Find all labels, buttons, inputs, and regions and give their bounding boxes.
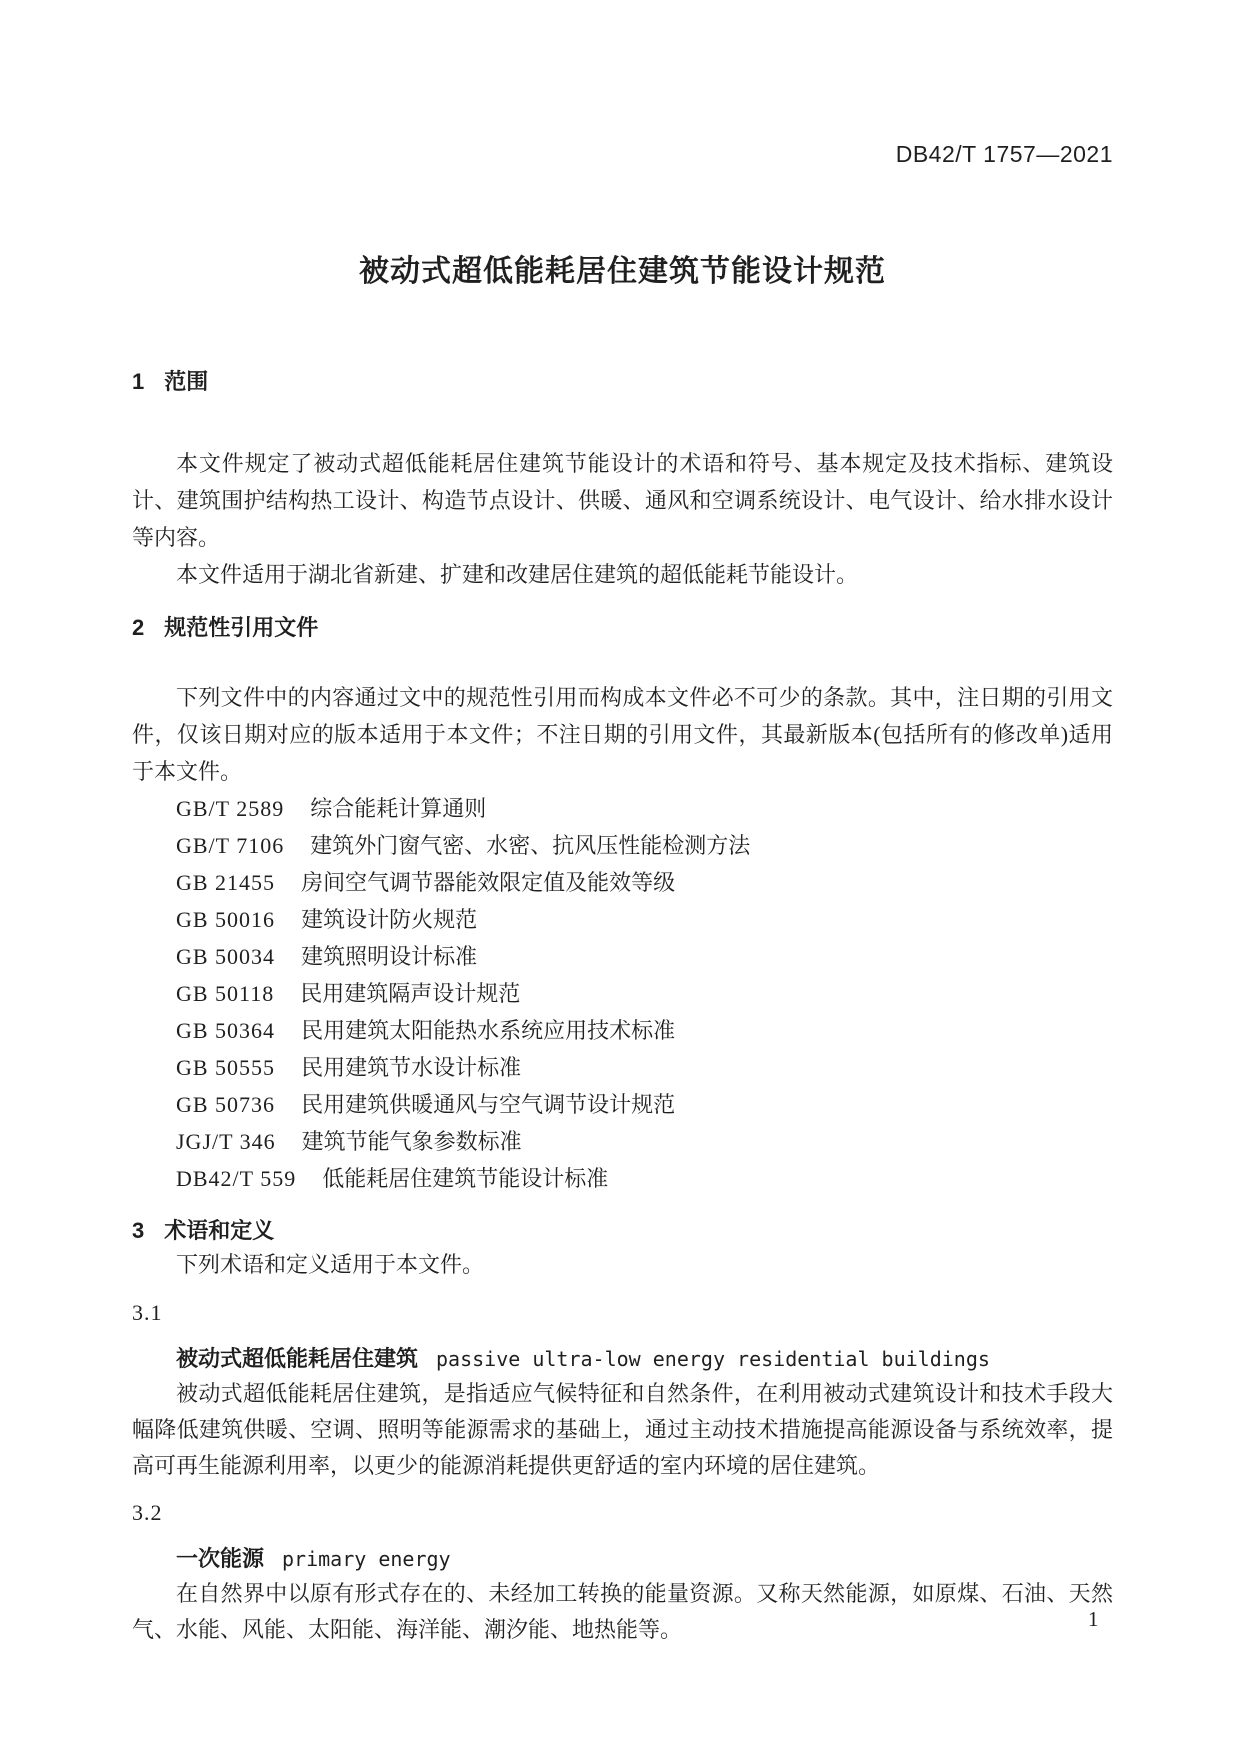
section-2-paragraph: 下列文件中的内容通过文中的规范性引用而构成本文件必不可少的条款。其中，注日期的引… (132, 679, 1113, 790)
reference-title: 民用建筑隔声设计规范 (300, 981, 520, 1006)
reference-code: JGJ/T 346 (176, 1123, 276, 1160)
section-3-intro: 下列术语和定义适用于本文件。 (132, 1246, 1113, 1283)
reference-title: 建筑设计防火规范 (301, 907, 477, 932)
section-1-heading: 1范围 (132, 367, 1113, 397)
term-chinese: 一次能源 (176, 1546, 264, 1571)
reference-title: 综合能耗计算通则 (310, 796, 486, 821)
reference-title: 建筑节能气象参数标准 (302, 1129, 522, 1154)
reference-item: GB/T 7106建筑外门窗气密、水密、抗风压性能检测方法 (132, 827, 1113, 864)
reference-code: GB 50736 (176, 1086, 275, 1123)
reference-item: GB 50736民用建筑供暖通风与空气调节设计规范 (132, 1086, 1113, 1123)
term-chinese: 被动式超低能耗居住建筑 (176, 1346, 418, 1371)
section-3-number: 3 (132, 1216, 144, 1246)
section-3-heading: 3术语和定义 (132, 1216, 1113, 1246)
reference-title: 低能耗居住建筑节能设计标准 (322, 1166, 608, 1191)
doc-number: DB42/T 1757—2021 (132, 0, 1113, 167)
section-3-title: 术语和定义 (164, 1218, 274, 1243)
reference-code: GB 21455 (176, 864, 275, 901)
section-1-number: 1 (132, 367, 144, 397)
reference-code: GB/T 7106 (176, 827, 284, 864)
clause-number-3-2: 3.2 (132, 1498, 1113, 1528)
section-1-title: 范围 (164, 369, 208, 394)
reference-title: 建筑外门窗气密、水密、抗风压性能检测方法 (310, 833, 750, 858)
section-1-body: 本文件规定了被动式超低能耗居住建筑节能设计的术语和符号、基本规定及技术指标、建筑… (132, 445, 1113, 593)
reference-code: GB/T 2589 (176, 790, 284, 827)
page-title: 被动式超低能耗居住建筑节能设计规范 (132, 247, 1113, 297)
reference-code: GB 50016 (176, 901, 275, 938)
reference-title: 民用建筑太阳能热水系统应用技术标准 (301, 1018, 675, 1043)
reference-title: 房间空气调节器能效限定值及能效等级 (301, 870, 675, 895)
section-1-paragraph: 本文件规定了被动式超低能耗居住建筑节能设计的术语和符号、基本规定及技术指标、建筑… (132, 445, 1113, 556)
reference-list: GB/T 2589综合能耗计算通则 GB/T 7106建筑外门窗气密、水密、抗风… (132, 790, 1113, 1197)
reference-item: GB 50364民用建筑太阳能热水系统应用技术标准 (132, 1012, 1113, 1049)
section-1-paragraph: 本文件适用于湖北省新建、扩建和改建居住建筑的超低能耗节能设计。 (132, 556, 1113, 593)
reference-code: GB 50034 (176, 938, 275, 975)
reference-item: GB 21455房间空气调节器能效限定值及能效等级 (132, 864, 1113, 901)
reference-code: DB42/T 559 (176, 1160, 296, 1197)
clause-number-3-1: 3.1 (132, 1298, 1113, 1328)
reference-item: GB 50016建筑设计防火规范 (132, 901, 1113, 938)
reference-item: GB 50034建筑照明设计标准 (132, 938, 1113, 975)
section-2-body: 下列文件中的内容通过文中的规范性引用而构成本文件必不可少的条款。其中，注日期的引… (132, 679, 1113, 1197)
reference-title: 民用建筑节水设计标准 (301, 1055, 521, 1080)
reference-item: GB/T 2589综合能耗计算通则 (132, 790, 1113, 827)
page-content: DB42/T 1757—2021 被动式超低能耗居住建筑节能设计规范 1范围 本… (132, 0, 1113, 1648)
term-english: primary energy (282, 1547, 451, 1571)
reference-item: JGJ/T 346建筑节能气象参数标准 (132, 1123, 1113, 1160)
term-line-3-2: 一次能源primary energy (132, 1542, 1113, 1576)
reference-code: GB 50364 (176, 1012, 275, 1049)
reference-title: 建筑照明设计标准 (301, 944, 477, 969)
reference-item: DB42/T 559低能耗居住建筑节能设计标准 (132, 1160, 1113, 1197)
reference-item: GB 50118民用建筑隔声设计规范 (132, 975, 1113, 1012)
term-definition-3-2: 在自然界中以原有形式存在的、未经加工转换的能量资源。又称天然能源，如原煤、石油、… (132, 1576, 1113, 1648)
term-english: passive ultra-low energy residential bui… (436, 1347, 990, 1371)
section-2-title: 规范性引用文件 (164, 615, 318, 640)
term-line-3-1: 被动式超低能耗居住建筑passive ultra-low energy resi… (132, 1342, 1113, 1376)
reference-title: 民用建筑供暖通风与空气调节设计规范 (301, 1092, 675, 1117)
section-2-heading: 2规范性引用文件 (132, 613, 1113, 643)
reference-code: GB 50118 (176, 975, 274, 1012)
page-number: 1 (1088, 1606, 1099, 1632)
reference-item: GB 50555民用建筑节水设计标准 (132, 1049, 1113, 1086)
reference-code: GB 50555 (176, 1049, 275, 1086)
document-page: DB42/T 1757—2021 被动式超低能耗居住建筑节能设计规范 1范围 本… (0, 0, 1241, 1754)
term-definition-3-1: 被动式超低能耗居住建筑，是指适应气候特征和自然条件，在利用被动式建筑设计和技术手… (132, 1376, 1113, 1484)
section-2-number: 2 (132, 613, 144, 643)
